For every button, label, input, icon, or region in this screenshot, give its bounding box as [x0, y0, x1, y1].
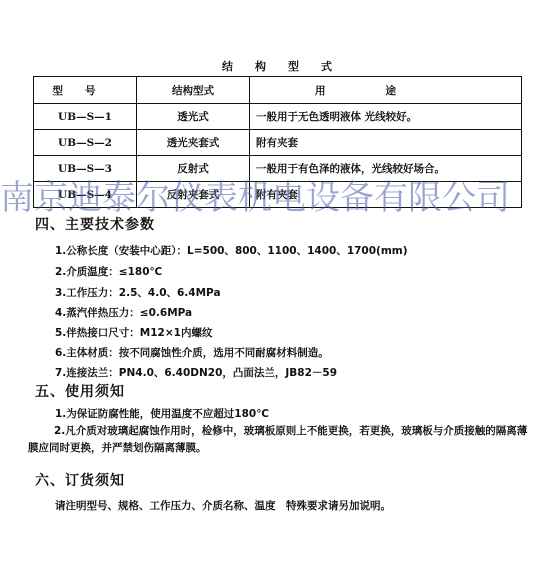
header-structure: 结构型式 — [137, 77, 250, 104]
table-title: 结构型式 — [0, 58, 554, 74]
header-use: 用途 — [250, 77, 522, 104]
cell-structure: 反射夹套式 — [137, 182, 250, 208]
tech-param-item: 5.伴热接口尺寸：M12×1内螺纹 — [55, 325, 212, 340]
table-row: UB—S—3 反射式 一般用于有色泽的液体，光线较好场合。 — [34, 156, 522, 182]
table-header-row: 型号 结构型式 用途 — [34, 77, 522, 104]
cell-model: UB—S—4 — [34, 182, 137, 208]
section-heading-order: 六、订货须知 — [35, 470, 125, 490]
usage-item: 1.为保证防腐性能，使用温度不应超过180℃ — [55, 406, 269, 421]
section-heading-tech-params: 四、主要技术参数 — [35, 214, 155, 234]
cell-model: UB—S—3 — [34, 156, 137, 182]
section-heading-usage: 五、使用须知 — [35, 381, 125, 401]
tech-param-item: 7.连接法兰：PN4.0、6.40DN20，凸面法兰，JB82－59 — [55, 365, 337, 380]
tech-param-item: 2.介质温度：≤180℃ — [55, 264, 162, 279]
cell-structure: 透光式 — [137, 104, 250, 130]
document-page: 结构型式 型号 结构型式 用途 UB—S—1 透光式 一般用于无色透明液体 光线… — [0, 0, 554, 563]
cell-use: 一般用于有色泽的液体，光线较好场合。 — [250, 156, 522, 182]
tech-param-item: 4.蒸汽伴热压力：≤0.6MPa — [55, 305, 192, 320]
cell-model: UB—S—1 — [34, 104, 137, 130]
table-row: UB—S—2 透光夹套式 附有夹套 — [34, 130, 522, 156]
header-model: 型号 — [34, 77, 137, 104]
tech-param-item: 1.公称长度（安装中心距）：L=500、800、1100、1400、1700(m… — [55, 243, 408, 258]
structure-type-table: 型号 结构型式 用途 UB—S—1 透光式 一般用于无色透明液体 光线较好。 U… — [33, 76, 522, 208]
table-row: UB—S—4 反射夹套式 附有夹套 — [34, 182, 522, 208]
cell-use: 一般用于无色透明液体 光线较好。 — [250, 104, 522, 130]
cell-model: UB—S—2 — [34, 130, 137, 156]
cell-use: 附有夹套 — [250, 130, 522, 156]
tech-param-item: 3.工作压力：2.5、4.0、6.4MPa — [55, 285, 221, 300]
cell-use: 附有夹套 — [250, 182, 522, 208]
cell-structure: 反射式 — [137, 156, 250, 182]
tech-param-item: 6.主体材质：按不同腐蚀性介质，选用不同耐腐材料制造。 — [55, 345, 329, 360]
usage-item: 2.凡介质对玻璃起腐蚀作用时，检修中，玻璃板原则上不能更换，若更换，玻璃板与介质… — [28, 423, 528, 457]
cell-structure: 透光夹套式 — [137, 130, 250, 156]
order-note: 请注明型号、规格、工作压力、介质名称、温度 特殊要求请另加说明。 — [55, 498, 391, 513]
table-row: UB—S—1 透光式 一般用于无色透明液体 光线较好。 — [34, 104, 522, 130]
